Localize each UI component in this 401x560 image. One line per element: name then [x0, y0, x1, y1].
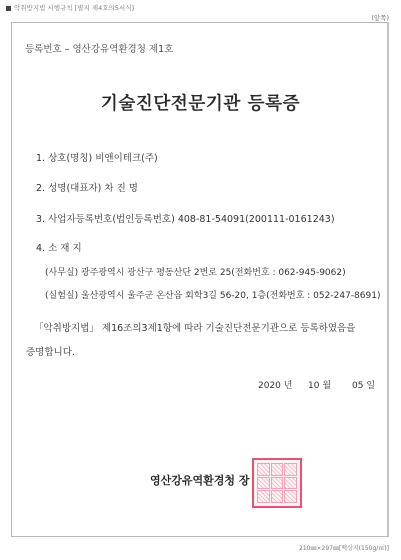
- seal-glyph: [257, 463, 270, 476]
- certification-statement-end: 증명합니다.: [26, 344, 75, 358]
- form-law-reference: 악취방지법 시행규칙 [별지 제4호의5서식]: [6, 3, 134, 12]
- square-bullet-icon: [6, 6, 11, 11]
- seal-glyph: [271, 477, 284, 490]
- issue-date-month: 10 월: [308, 378, 331, 391]
- seal-glyph: [284, 490, 297, 503]
- address-laboratory: (실험실) 울산광역시 울주군 온산읍 회학3길 56-20, 1층(전화번호 …: [45, 288, 380, 301]
- front-side-label: (앞쪽): [371, 13, 389, 22]
- item-location: 4. 소 재 지: [36, 240, 82, 254]
- seal-glyph: [271, 490, 284, 503]
- issuer-name: 영산강유역환경청 장: [150, 472, 249, 488]
- issue-date-day: 05 일: [352, 378, 375, 391]
- item-representative: 2. 성명(대표자) 차 진 명: [36, 180, 138, 194]
- issue-date-year: 2020 년: [258, 378, 292, 391]
- certification-statement: 「악취방지법」 제16조의3제1항에 따라 기술진단전문기관으로 등록하였음을: [34, 320, 355, 334]
- official-seal-icon: [252, 458, 302, 508]
- seal-glyph: [284, 463, 297, 476]
- paper-size-note: 210㎜×297㎜[백상지(150g/㎡)]: [299, 543, 389, 552]
- seal-glyph: [284, 477, 297, 490]
- certificate-title: 기술진단전문기관 등록증: [0, 90, 401, 115]
- registration-number: 등록번호 – 영산강유역환경청 제1호: [25, 41, 173, 55]
- seal-glyph: [257, 490, 270, 503]
- item-company-name: 1. 상호(명칭) 비앤이테크(주): [36, 150, 158, 164]
- item-business-registration: 3. 사업자등록번호(법인등록번호) 408-81-54091(200111-0…: [36, 211, 335, 225]
- law-reference-text: 악취방지법 시행규칙 [별지 제4호의5서식]: [14, 4, 134, 12]
- seal-glyph: [257, 477, 270, 490]
- seal-glyph: [271, 463, 284, 476]
- address-office: (사무실) 광주광역시 광산구 평동산단 2번로 25(전화번호 : 062-9…: [45, 265, 346, 278]
